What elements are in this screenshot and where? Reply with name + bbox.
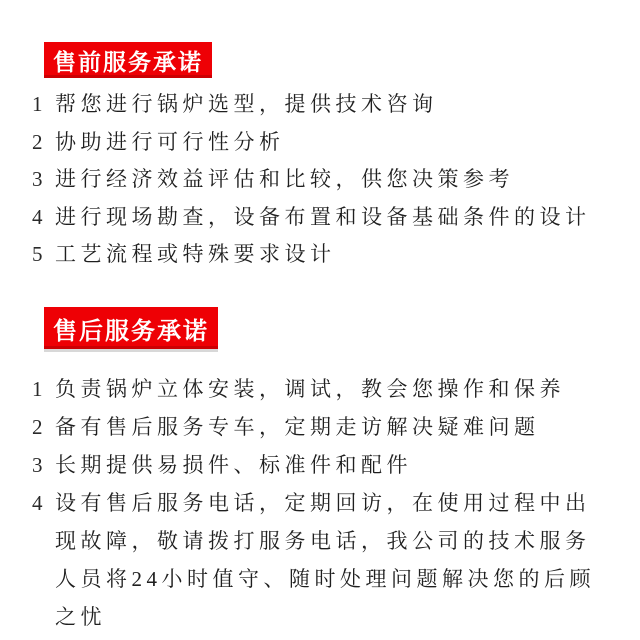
list-item: 1 帮您进行锅炉选型，提供技术咨询 xyxy=(32,86,603,124)
item-text: 帮您进行锅炉选型，提供技术咨询 xyxy=(55,86,603,124)
item-text: 工艺流程或特殊要求设计 xyxy=(55,236,603,274)
item-text: 长期提供易损件、标准件和配件 xyxy=(55,446,603,484)
list-item: 2 协助进行可行性分析 xyxy=(32,124,603,162)
item-number: 5 xyxy=(32,236,55,274)
list-item: 3 进行经济效益评估和比较，供您决策参考 xyxy=(32,161,603,199)
list-item: 1 负责锅炉立体安装，调试，教会您操作和保养 xyxy=(32,370,603,408)
pre-sale-header-badge: 售前服务承诺 xyxy=(44,42,212,78)
item-text: 进行经济效益评估和比较，供您决策参考 xyxy=(55,161,603,199)
item-number: 4 xyxy=(32,484,55,522)
item-text: 协助进行可行性分析 xyxy=(55,124,603,162)
pre-sale-list: 1 帮您进行锅炉选型，提供技术咨询 2 协助进行可行性分析 3 进行经济效益评估… xyxy=(32,86,603,274)
after-sale-header-badge: 售后服务承诺 xyxy=(44,307,218,349)
after-sale-list: 1 负责锅炉立体安装，调试，教会您操作和保养 2 备有售后服务专车，定期走访解决… xyxy=(32,370,603,636)
service-commitment-page: 售前服务承诺 1 帮您进行锅炉选型，提供技术咨询 2 协助进行可行性分析 3 进… xyxy=(0,0,640,640)
item-text: 设有售后服务电话，定期回访，在使用过程中出现故障，敬请拨打服务电话，我公司的技术… xyxy=(55,484,603,636)
item-number: 3 xyxy=(32,446,55,484)
list-item: 2 备有售后服务专车，定期走访解决疑难问题 xyxy=(32,408,603,446)
list-item: 4 设有售后服务电话，定期回访，在使用过程中出现故障，敬请拨打服务电话，我公司的… xyxy=(32,484,603,636)
list-item: 5 工艺流程或特殊要求设计 xyxy=(32,236,603,274)
list-item: 4 进行现场勘查，设备布置和设备基础条件的设计 xyxy=(32,199,603,237)
item-number: 2 xyxy=(32,124,55,162)
item-number: 3 xyxy=(32,161,55,199)
item-number: 1 xyxy=(32,370,55,408)
item-number: 4 xyxy=(32,199,55,237)
list-item: 3 长期提供易损件、标准件和配件 xyxy=(32,446,603,484)
item-text: 进行现场勘查，设备布置和设备基础条件的设计 xyxy=(55,199,603,237)
item-text: 负责锅炉立体安装，调试，教会您操作和保养 xyxy=(55,370,603,408)
item-number: 2 xyxy=(32,408,55,446)
item-number: 1 xyxy=(32,86,55,124)
item-text: 备有售后服务专车，定期走访解决疑难问题 xyxy=(55,408,603,446)
